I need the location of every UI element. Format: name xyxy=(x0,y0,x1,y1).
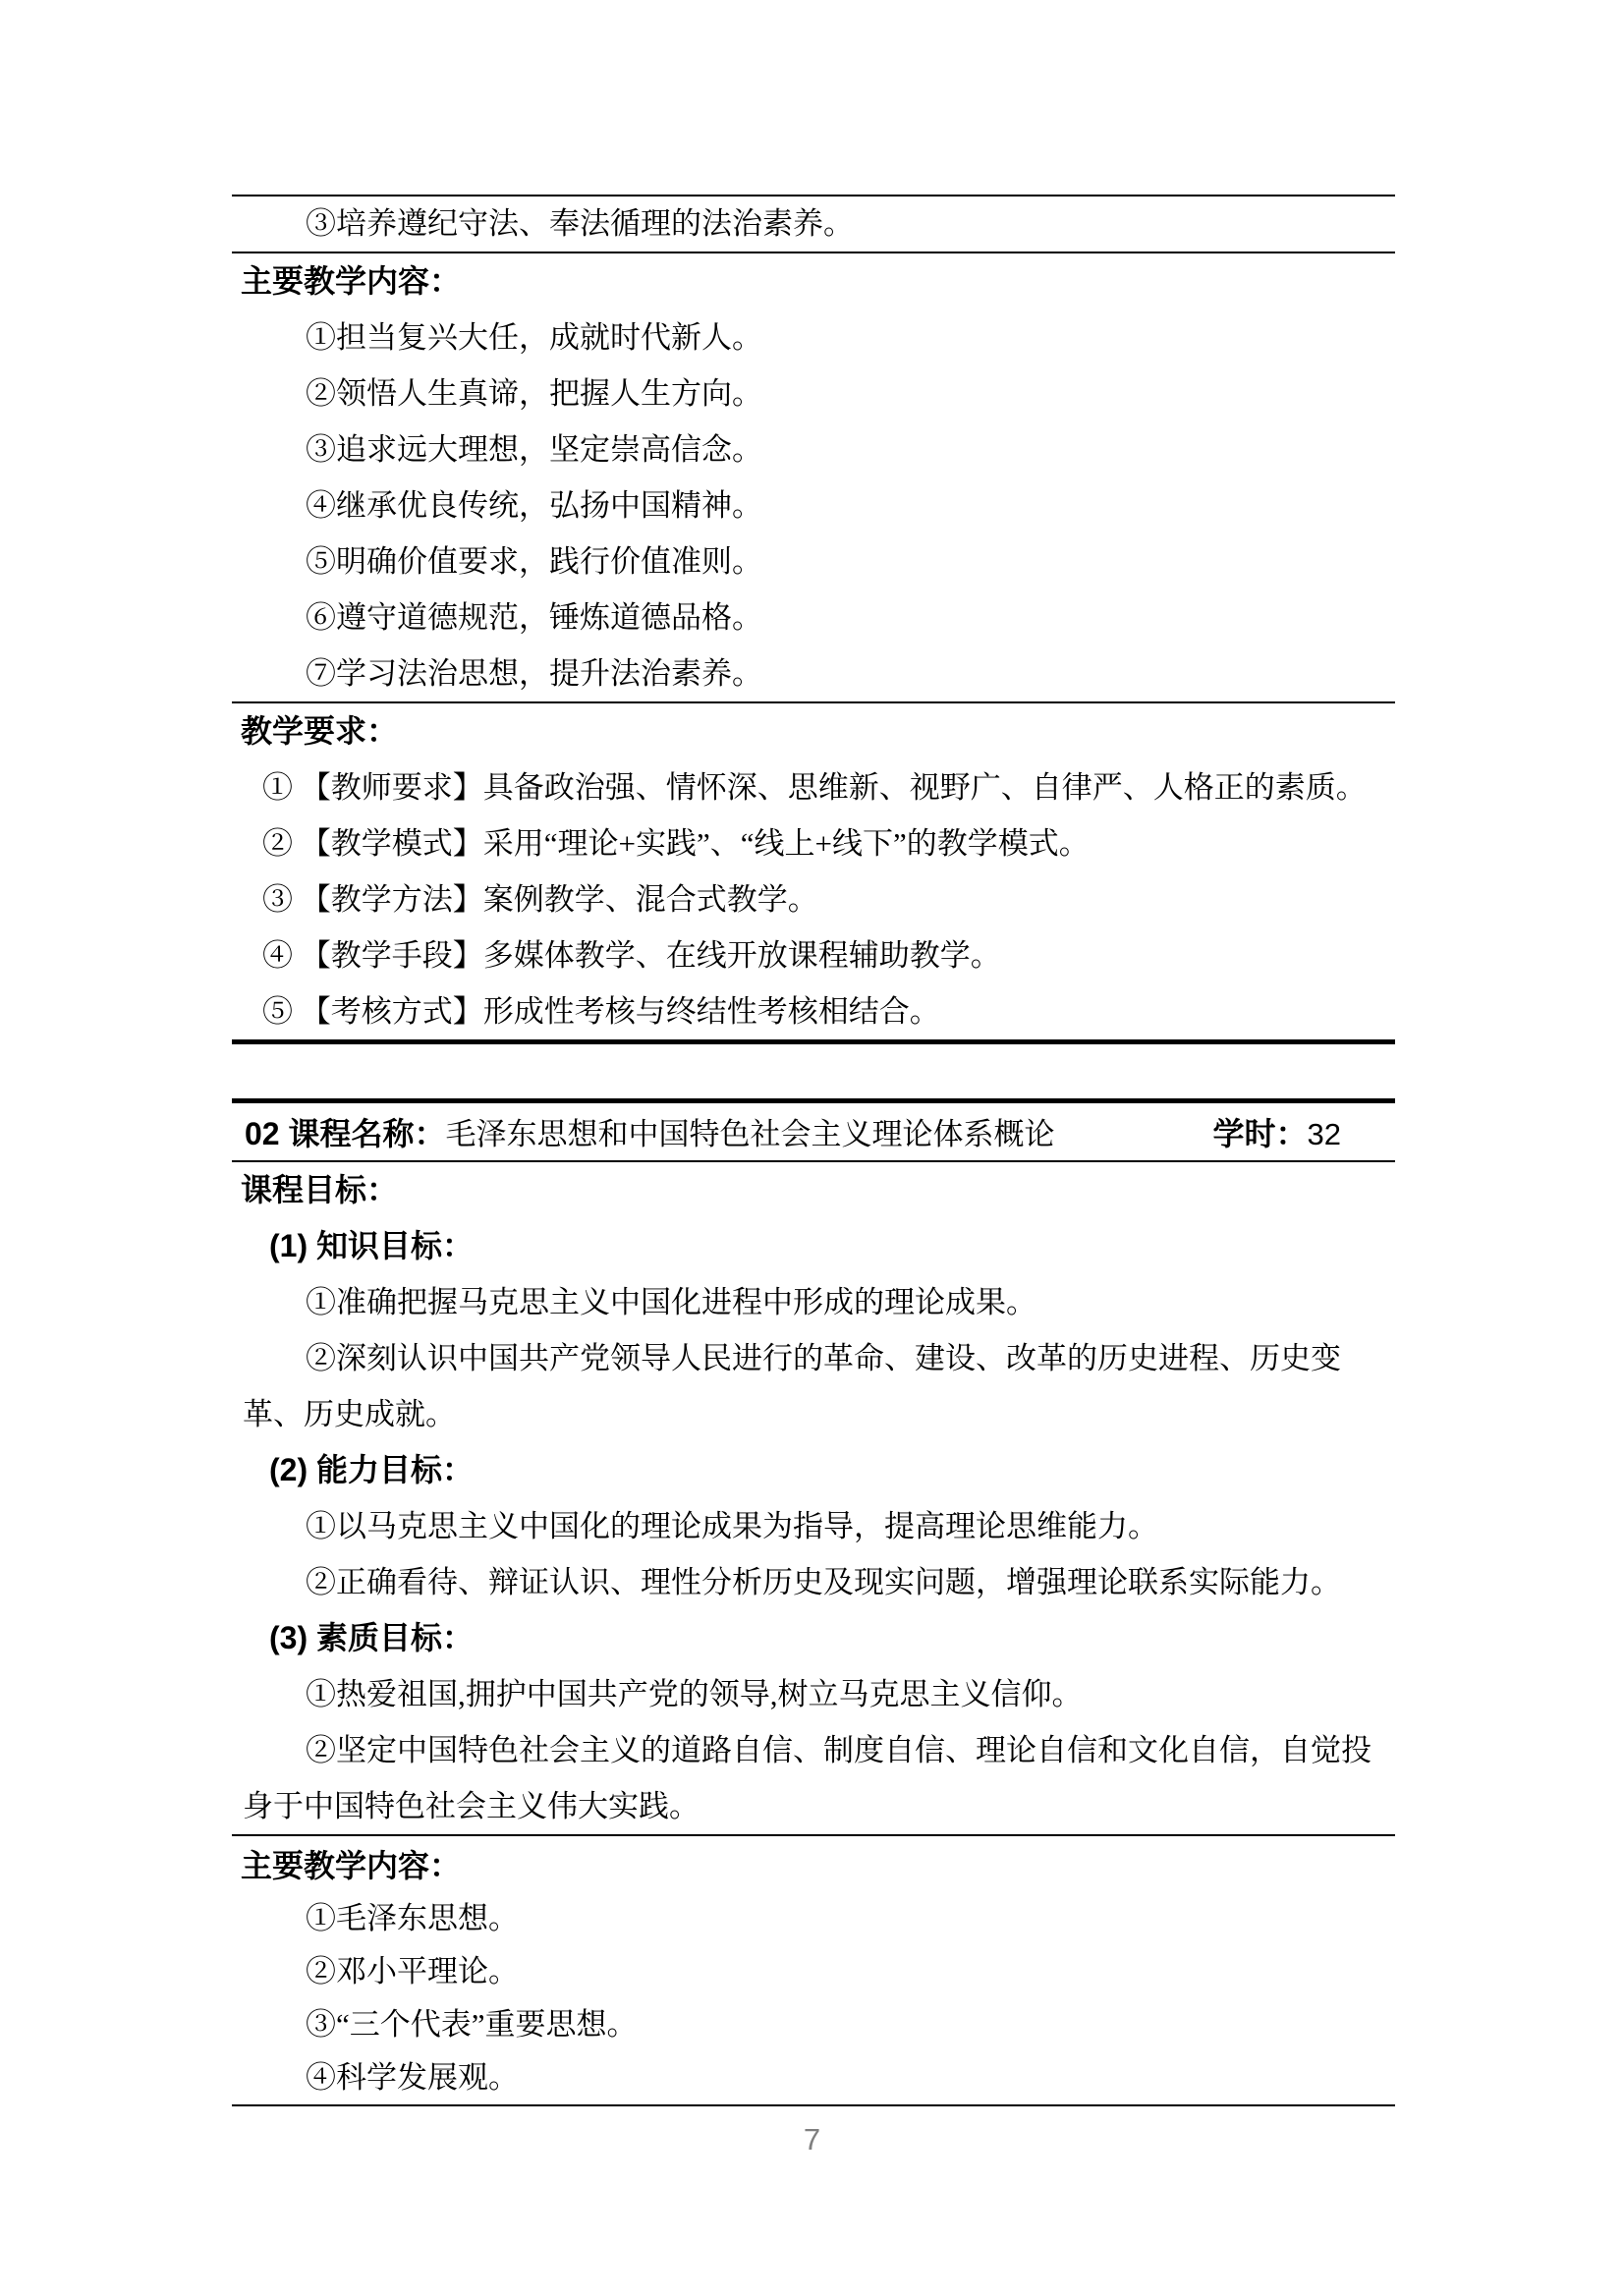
list-item: ④科学发展观。 xyxy=(232,2051,1395,2104)
list-item: ⑦学习法治思想，提升法治素养。 xyxy=(232,645,1395,701)
list-item: ①毛泽东思想。 xyxy=(232,1892,1395,1945)
list-item: ⑥遵守道德规范，锤炼道德品格。 xyxy=(232,589,1395,645)
course-02-table: 02 课程名称：毛泽东思想和中国特色社会主义理论体系概论 学时：32 课程目标：… xyxy=(232,1098,1395,2106)
teaching-content-label: 主要教学内容： xyxy=(232,253,1395,309)
page-number: 7 xyxy=(0,2122,1624,2157)
quality-goal-carryover-item: ③培养遵纪守法、奉法循理的法治素养。 xyxy=(232,195,1395,252)
list-item: ②领悟人生真谛，把握人生方向。 xyxy=(232,365,1395,421)
list-item: ④继承优良传统，弘扬中国精神。 xyxy=(232,477,1395,533)
list-item: ①担当复兴大任，成就时代新人。 xyxy=(232,309,1395,365)
teaching-requirements-label: 教学要求： xyxy=(232,703,1395,759)
course-name: 毛泽东思想和中国特色社会主义理论体系概论 xyxy=(446,1117,1055,1151)
document-page-content: ③培养遵纪守法、奉法循理的法治素养。 主要教学内容： ①担当复兴大任，成就时代新… xyxy=(232,195,1395,2106)
list-item: ② 【教学模式】采用“理论+实践”、“线上+线下”的教学模式。 xyxy=(232,815,1395,871)
list-item: ⑤ 【考核方式】形成性考核与终结性考核相结合。 xyxy=(232,983,1395,1039)
list-item: ②邓小平理论。 xyxy=(232,1945,1395,1998)
knowledge-goal-label: (1) 知识目标： xyxy=(232,1218,1395,1274)
list-item: ②坚定中国特色社会主义的道路自信、制度自信、理论自信和文化自信，自觉投身于中国特… xyxy=(232,1722,1395,1834)
list-item: ②正确看待、辩证认识、理性分析历史及现实问题，增强理论联系实际能力。 xyxy=(232,1554,1395,1610)
list-item: ①热爱祖国,拥护中国共产党的领导,树立马克思主义信仰。 xyxy=(232,1666,1395,1722)
hours-label: 学时： xyxy=(1213,1116,1308,1151)
teaching-requirements-section: 教学要求： ① 【教师要求】具备政治强、情怀深、思维新、视野广、自律严、人格正的… xyxy=(232,701,1395,1044)
list-item: ⑤明确价值要求，践行价值准则。 xyxy=(232,533,1395,589)
teaching-content-section-course01: 主要教学内容： ①担当复兴大任，成就时代新人。 ②领悟人生真谛，把握人生方向。 … xyxy=(232,252,1395,701)
course-02-title: 02 课程名称：毛泽东思想和中国特色社会主义理论体系概论 xyxy=(245,1109,1055,1154)
list-item: ②深刻认识中国共产党领导人民进行的革命、建设、改革的历史进程、历史变革、历史成就… xyxy=(232,1330,1395,1442)
teaching-content-label: 主要教学内容： xyxy=(232,1839,1395,1892)
course-02-header-row: 02 课程名称：毛泽东思想和中国特色社会主义理论体系概论 学时：32 xyxy=(232,1103,1395,1162)
quality-goal-label: (3) 素质目标： xyxy=(232,1610,1395,1666)
list-item: ④ 【教学手段】多媒体教学、在线开放课程辅助教学。 xyxy=(232,927,1395,983)
course-number-label: 02 课程名称： xyxy=(245,1116,446,1151)
course-01-table-continuation: ③培养遵纪守法、奉法循理的法治素养。 主要教学内容： ①担当复兴大任，成就时代新… xyxy=(232,195,1395,1044)
list-item: ①以马克思主义中国化的理论成果为指导，提高理论思维能力。 xyxy=(232,1498,1395,1554)
course-objectives-section: 课程目标： (1) 知识目标： ①准确把握马克思主义中国化进程中形成的理论成果。… xyxy=(232,1162,1395,1836)
course-objectives-label: 课程目标： xyxy=(232,1162,1395,1218)
ability-goal-label: (2) 能力目标： xyxy=(232,1442,1395,1498)
list-item: ③ 【教学方法】案例教学、混合式教学。 xyxy=(232,871,1395,927)
list-item: ① 【教师要求】具备政治强、情怀深、思维新、视野广、自律严、人格正的素质。 xyxy=(232,759,1395,815)
teaching-content-section-course02: 主要教学内容： ①毛泽东思想。 ②邓小平理论。 ③“三个代表”重要思想。 ④科学… xyxy=(232,1836,1395,2106)
list-item: ①准确把握马克思主义中国化进程中形成的理论成果。 xyxy=(232,1274,1395,1330)
hours-value: 32 xyxy=(1308,1117,1341,1151)
course-hours: 学时：32 xyxy=(1213,1109,1342,1154)
list-item: ③追求远大理想，坚定崇高信念。 xyxy=(232,421,1395,477)
list-item: ③“三个代表”重要思想。 xyxy=(232,1998,1395,2051)
